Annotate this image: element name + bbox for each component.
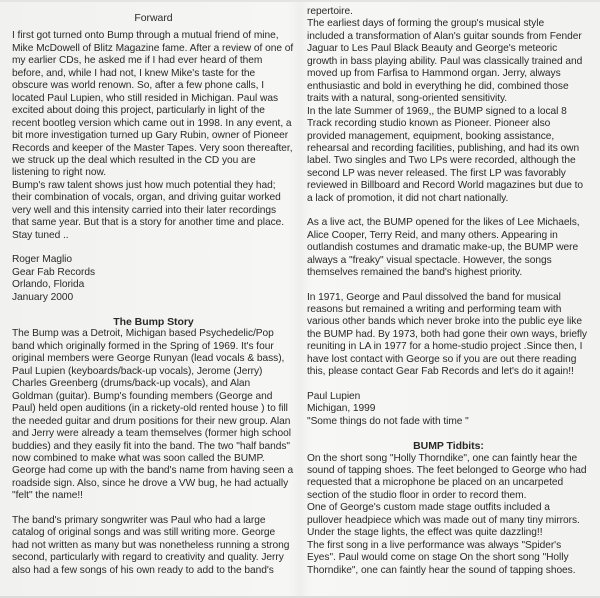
booklet-page: Forward I first got turned onto Bump thr… [0,0,600,598]
tidbit-3: The first song in a live performance was… [307,540,590,577]
story-paragraph-2: The band's primary songwriter was Paul w… [12,515,295,577]
forward-title: Forward [12,12,295,24]
signature-company: Gear Fab Records [12,267,295,279]
tidbit-1: On the short song "Holly Thorndike", one… [307,453,590,503]
tidbits-title: BUMP Tidbits: [307,440,590,452]
right-column: repertoire. The earliest days of forming… [307,6,590,577]
story-paragraph-5: As a live act, the BUMP opened for the l… [307,217,590,279]
story-title: The Bump Story [12,316,295,328]
forward-paragraph-2: Bump's raw talent shows just how much po… [12,180,295,242]
story-paragraph-4: In the late Summer of 1969,, the BUMP si… [307,106,590,206]
author-location-date: Michigan, 1999 [307,403,590,415]
story-paragraph-1: The Bump was a Detroit, Michigan based P… [12,328,295,502]
signature-location: Orlando, Florida [12,279,295,291]
author-name: Paul Lupien [307,391,590,403]
tidbit-2: One of George's custom made stage outfit… [307,502,590,539]
left-column: Forward I first got turned onto Bump thr… [12,6,295,577]
story-paragraph-2-continued: repertoire. [307,6,590,18]
forward-paragraph-1: I first got turned onto Bump through a m… [12,30,295,179]
author-quote: "Some things do not fade with time " [307,416,590,428]
signature-name: Roger Maglio [12,254,295,266]
signature-date: January 2000 [12,292,295,304]
story-paragraph-6: In 1971, George and Paul dissolved the b… [307,292,590,379]
story-paragraph-3: The earliest days of forming the group's… [307,18,590,105]
